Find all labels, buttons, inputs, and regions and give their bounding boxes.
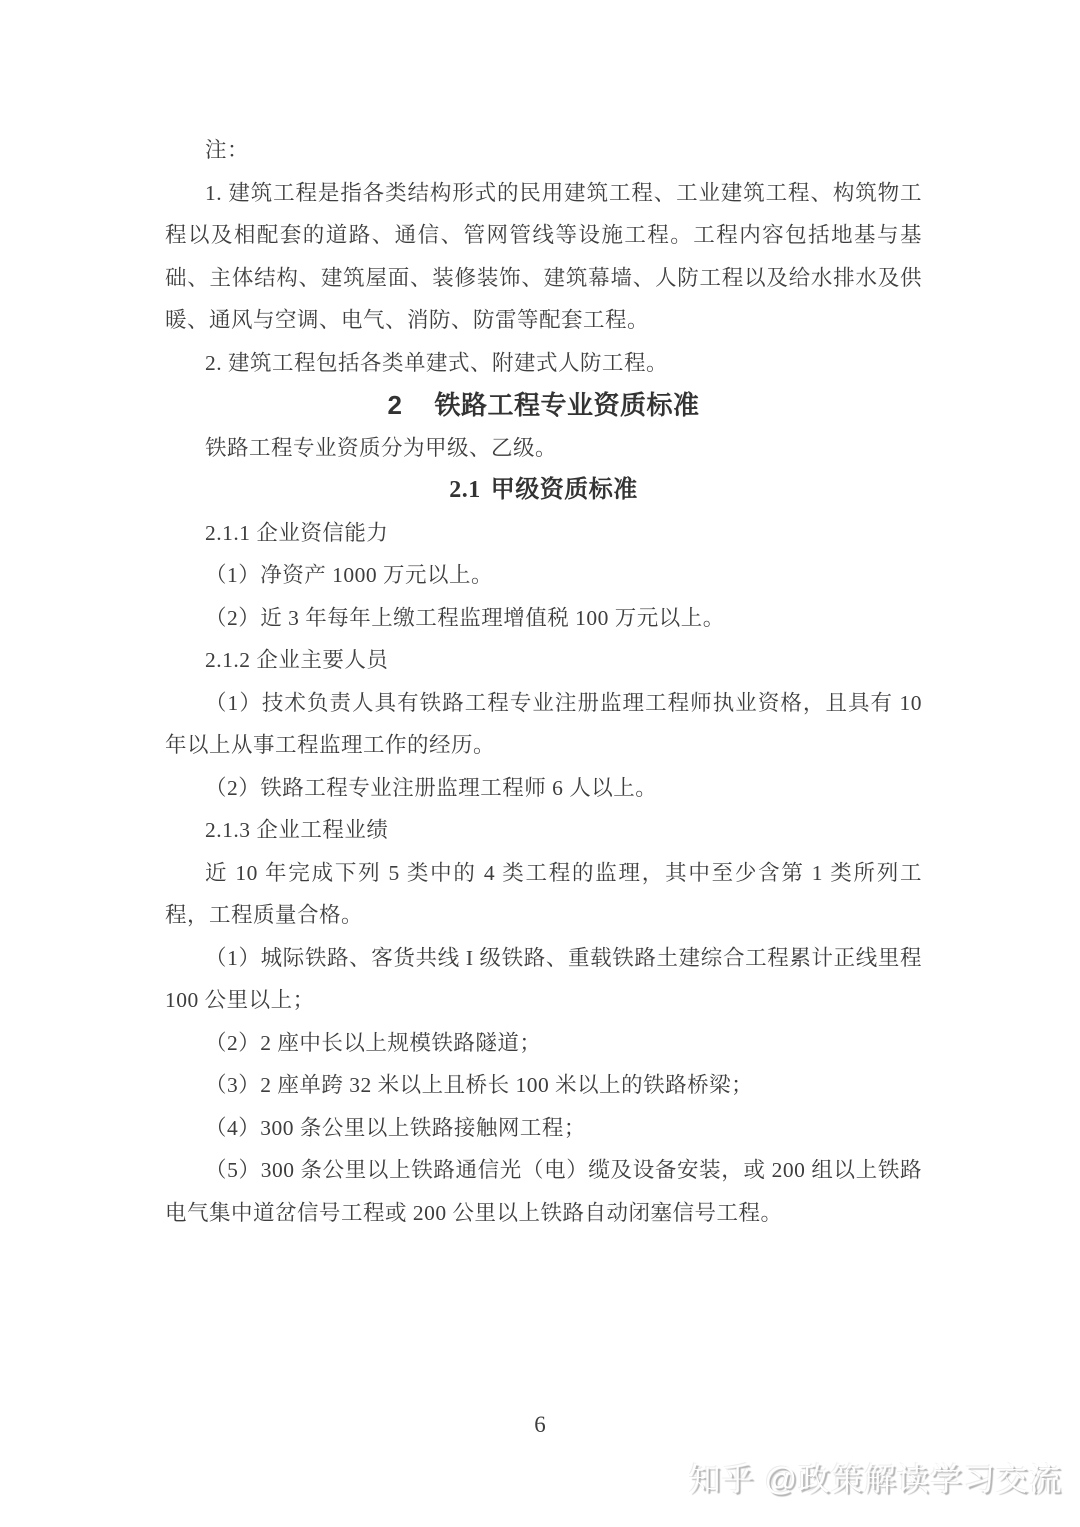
chapter-title: 铁路工程专业资质标准 bbox=[434, 390, 699, 420]
performance-item-5: （5）300 条公里以上铁路通信光（电）缆及设备安装，或 200 组以上铁路电气… bbox=[165, 1149, 922, 1234]
performance-item-2: （2）2 座中长以上规模铁路隧道； bbox=[165, 1022, 922, 1065]
subsection-2-1-2-heading: 2.1.2 企业主要人员 bbox=[165, 639, 922, 682]
personnel-item-2: （2）铁路工程专业注册监理工程师 6 人以上。 bbox=[165, 767, 922, 810]
note-item-1: 1. 建筑工程是指各类结构形式的民用建筑工程、工业建筑工程、构筑物工程以及相配套… bbox=[165, 172, 922, 342]
subsection-2-1-3-heading: 2.1.3 企业工程业绩 bbox=[165, 809, 922, 852]
credit-item-2: （2）近 3 年每年上缴工程监理增值税 100 万元以上。 bbox=[165, 597, 922, 640]
note-label: 注： bbox=[165, 129, 922, 172]
chapter-number: 2 bbox=[388, 390, 403, 420]
credit-item-1: （1）净资产 1000 万元以上。 bbox=[165, 554, 922, 597]
chapter-heading: 2铁路工程专业资质标准 bbox=[165, 384, 922, 427]
zhihu-watermark: 知乎 @政策解读学习交流 bbox=[689, 1460, 1062, 1498]
section-number: 2.1 bbox=[449, 477, 481, 503]
page-number: 6 bbox=[0, 1412, 1080, 1438]
personnel-item-1: （1）技术负责人具有铁路工程专业注册监理工程师执业资格，且具有 10 年以上从事… bbox=[165, 682, 922, 767]
performance-intro: 近 10 年完成下列 5 类中的 4 类工程的监理，其中至少含第 1 类所列工程… bbox=[165, 852, 922, 937]
performance-item-4: （4）300 条公里以上铁路接触网工程； bbox=[165, 1107, 922, 1150]
section-heading: 2.1甲级资质标准 bbox=[165, 469, 922, 512]
note-item-2: 2. 建筑工程包括各类单建式、附建式人防工程。 bbox=[165, 342, 922, 385]
document-page: 注： 1. 建筑工程是指各类结构形式的民用建筑工程、工业建筑工程、构筑物工程以及… bbox=[0, 0, 1080, 1527]
performance-item-1: （1）城际铁路、客货共线 I 级铁路、重载铁路土建综合工程累计正线里程 100 … bbox=[165, 937, 922, 1022]
chapter-intro: 铁路工程专业资质分为甲级、乙级。 bbox=[165, 427, 922, 470]
subsection-2-1-1-heading: 2.1.1 企业资信能力 bbox=[165, 512, 922, 555]
performance-item-3: （3）2 座单跨 32 米以上且桥长 100 米以上的铁路桥梁； bbox=[165, 1064, 922, 1107]
section-title: 甲级资质标准 bbox=[491, 477, 638, 503]
document-body: 注： 1. 建筑工程是指各类结构形式的民用建筑工程、工业建筑工程、构筑物工程以及… bbox=[165, 129, 922, 1234]
